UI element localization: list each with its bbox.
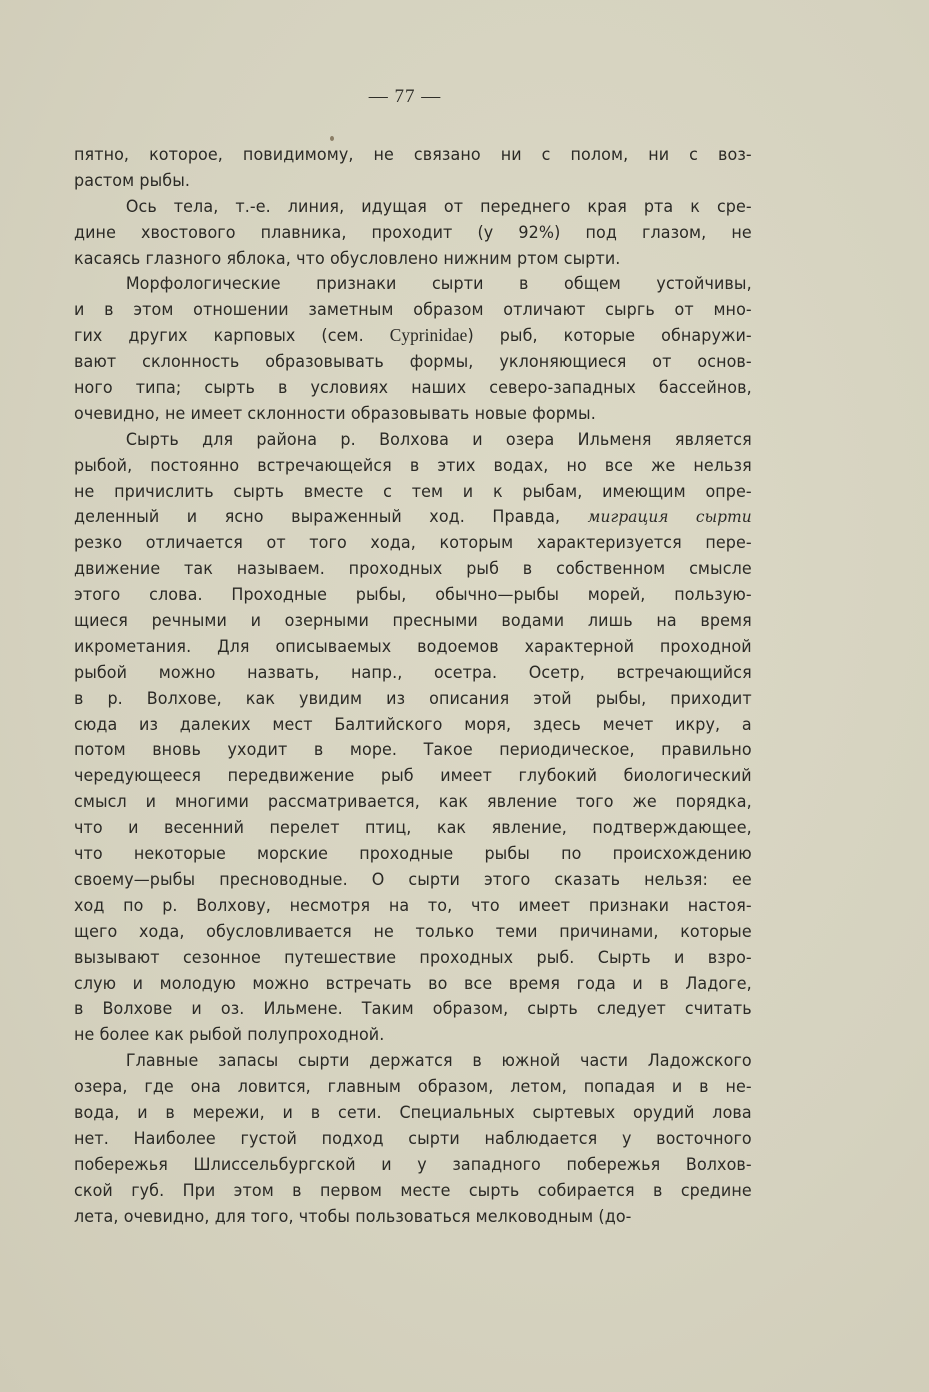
text-line: Морфологические признаки сырти в общем у… <box>74 271 752 297</box>
text-line: потом вновь уходит в море. Такое периоди… <box>74 737 752 763</box>
text-line: ход по р. Волхову, несмотря на то, что и… <box>74 893 752 919</box>
text-line: гих других карповых (сем. Cyprinidae) ры… <box>74 323 752 349</box>
text-line: движение так называем. проходных рыб в с… <box>74 556 752 582</box>
text-line: и в этом отношении заметным образом отли… <box>74 297 752 323</box>
text-line: очевидно, не имеет склонности образовыва… <box>74 401 752 427</box>
text-line: побережья Шлиссельбургской и у западного… <box>74 1152 752 1178</box>
text-line: деленный и ясно выраженный ход. Правда, … <box>74 504 752 530</box>
text-line: лета, очевидно, для того, чтобы пользова… <box>74 1204 752 1230</box>
text-line: Сырть для района р. Волхова и озера Ильм… <box>74 427 752 453</box>
text-line: смысл и многими рассматривается, как явл… <box>74 789 752 815</box>
text-line: в р. Волхове, как увидим из описания это… <box>74 686 752 712</box>
text-line: растом рыбы. <box>74 168 752 194</box>
ink-speck <box>330 136 334 141</box>
paragraph: Морфологические признаки сырти в общем у… <box>74 271 754 426</box>
text-line: сюда из далеких мест Балтийского моря, з… <box>74 712 752 738</box>
text-line: щего хода, обусловливается не только тем… <box>74 919 752 945</box>
paragraph: Главные запасы сырти держатся в южной ча… <box>74 1048 754 1229</box>
text-line: нет. Наиболее густой подход сырти наблюд… <box>74 1126 752 1152</box>
italic-phrase: миграция сырти <box>588 507 752 526</box>
text-line: вызывают сезонное путешествие проходных … <box>74 945 752 971</box>
text-line: рыбой можно назвать, напр., осетра. Осет… <box>74 660 752 686</box>
text-line: щиеся речными и озерными пресными водами… <box>74 608 752 634</box>
text-line: не причислить сырть вместе с тем и к рыб… <box>74 479 752 505</box>
paragraph: Сырть для района р. Волхова и озера Ильм… <box>74 427 754 1048</box>
latin-term: Cyprinidae <box>390 325 468 345</box>
text-line: что и весенний перелет птиц, как явление… <box>74 815 752 841</box>
scanned-book-page: — 77 — пятно, которое, повидимому, не св… <box>0 0 929 1392</box>
page-number: — 77 — <box>0 86 810 108</box>
text-line: ской губ. При этом в первом месте сырть … <box>74 1178 752 1204</box>
text-line: ного типа; сырть в условиях наших северо… <box>74 375 752 401</box>
text-line: икрометания. Для описываемых водоемов ха… <box>74 634 752 660</box>
text-line: этого слова. Проходные рыбы, обычно—рыбы… <box>74 582 752 608</box>
text-line: резко отличается от того хода, которым х… <box>74 530 752 556</box>
text-line: касаясь глазного яблока, что обусловлено… <box>74 246 752 272</box>
text-line: вода, и в мережи, и в сети. Специальных … <box>74 1100 752 1126</box>
text-line: Ось тела, т.-е. линия, идущая от передне… <box>74 194 752 220</box>
paragraph: Ось тела, т.-е. линия, идущая от передне… <box>74 194 754 272</box>
paragraph: пятно, которое, повидимому, не связано н… <box>74 142 754 194</box>
text-line: пятно, которое, повидимому, не связано н… <box>74 142 752 168</box>
text-line: своему—рыбы пресноводные. О сырти этого … <box>74 867 752 893</box>
text-line: в Волхове и оз. Ильмене. Таким образом, … <box>74 996 752 1022</box>
text-line: озера, где она ловится, главным образом,… <box>74 1074 752 1100</box>
text-line: слую и молодую можно встречать во все вр… <box>74 971 752 997</box>
text-line: вают склонность образовывать формы, укло… <box>74 349 752 375</box>
body-text: пятно, которое, повидимому, не связано н… <box>74 142 754 1229</box>
text-line: не более как рыбой полупроходной. <box>74 1022 752 1048</box>
text-line: дине хвостового плавника, проходит (у 92… <box>74 220 752 246</box>
text-line: чередующееся передвижение рыб имеет глуб… <box>74 763 752 789</box>
text-line: рыбой, постоянно встречающейся в этих во… <box>74 453 752 479</box>
text-line: Главные запасы сырти держатся в южной ча… <box>74 1048 752 1074</box>
text-line: что некоторые морские проходные рыбы по … <box>74 841 752 867</box>
